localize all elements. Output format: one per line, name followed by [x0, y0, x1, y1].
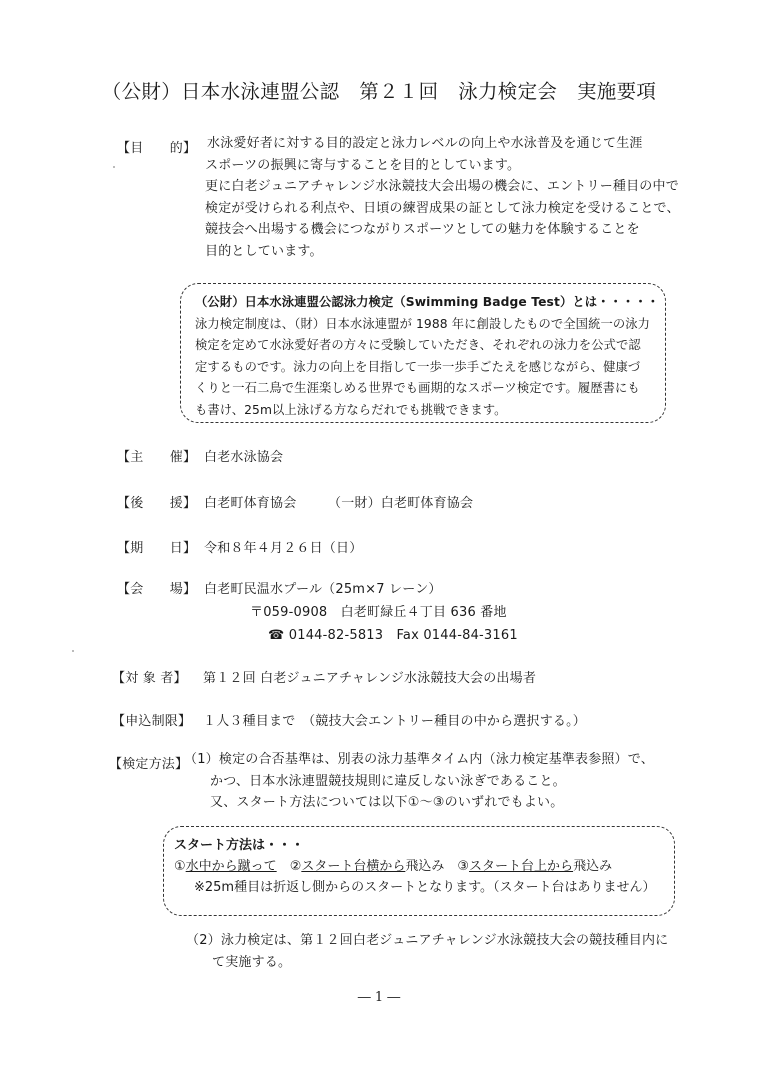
option-text: 水中から蹴って — [186, 859, 277, 874]
info-box-line: 定するものです。泳力の向上を目指して一歩一歩手ごたえを感じながら、健康づ — [195, 357, 659, 379]
purpose-line: 競技会へ出場する機会につながりスポーツとしての魅力を体験することを — [205, 219, 680, 241]
target-label: 【対 象 者】 — [112, 667, 187, 686]
purpose-text: 水泳愛好者に対する目的設定と泳力レベルの向上や水泳普及を通じて生涯 スポーツの振… — [205, 133, 680, 262]
venue-name: 白老町民温水プール（25m×7 レーン） — [204, 578, 442, 597]
support-value-2: （一財）白老町体育協会 — [328, 492, 473, 511]
purpose-line: 検定が受けられる利点や、日頃の練習成果の証として泳力検定を受けることで、 — [205, 198, 680, 220]
start-option-1: ①水中から蹴って — [174, 859, 277, 874]
phone-icon: ☎ — [268, 628, 284, 643]
purpose-line: スポーツの振興に寄与することを目的としています。 — [205, 155, 680, 177]
option-number: ② — [290, 859, 302, 874]
start-method-box: スタート方法は・・・ ①水中から蹴って ②スタート台横から飛込み ③スタート台上… — [163, 826, 675, 916]
date-label: 【期 日】 — [117, 537, 196, 556]
document-page: （公財）日本水泳連盟公認 第２１回 泳力検定会 実施要項 【目 的】 水泳愛好者… — [0, 0, 758, 1074]
method-line: （2）泳力検定は、第１２回白老ジュニアチャレンジ水泳競技大会の競技種目内に — [186, 930, 668, 952]
info-box-line: も書け、25m以上泳げる方ならだれでも挑戦できます。 — [195, 400, 659, 422]
limit-value: １人３種目まで （競技大会エントリー種目の中から選択する。） — [203, 710, 586, 729]
method-line: （1）検定の合否基準は、別表の泳力基準タイム内（泳力検定基準表参照）で、 — [184, 749, 654, 771]
target-value: 第１２回 白老ジュニアチャレンジ水泳競技大会の出場者 — [203, 667, 536, 686]
method-item-1: （1）検定の合否基準は、別表の泳力基準タイム内（泳力検定基準表参照）で、 かつ、… — [184, 749, 654, 814]
start-method-note: ※25m種目は折返し側からのスタートとなります。（スタート台はありません） — [174, 877, 656, 898]
option-number: ③ — [457, 859, 469, 874]
start-method-heading: スタート方法は・・・ — [174, 835, 656, 856]
venue-contact: ☎ 0144-82-5813 Fax 0144-84-3161 — [268, 624, 518, 643]
swimming-badge-info-box: （公財）日本水泳連盟公認泳力検定（Swimming Badge Test）とは・… — [180, 283, 666, 423]
option-text: スタート台横から — [301, 859, 405, 874]
date-value: 令和８年４月２６日（日） — [204, 537, 362, 556]
support-label: 【後 援】 — [117, 492, 196, 511]
option-rest: 飛込み — [405, 859, 444, 874]
option-rest: 飛込み — [573, 859, 612, 874]
venue-phone-fax: 0144-82-5813 Fax 0144-84-3161 — [289, 628, 518, 643]
document-title: （公財）日本水泳連盟公認 第２１回 泳力検定会 実施要項 — [0, 76, 758, 104]
scan-speck — [113, 166, 115, 168]
method-item-2: （2）泳力検定は、第１２回白老ジュニアチャレンジ水泳競技大会の競技種目内に て実… — [186, 930, 668, 973]
organizer-value: 白老水泳協会 — [204, 446, 283, 465]
info-box-line: 検定を定めて水泳愛好者の方々に受験していただき、それぞれの泳力を公式で認 — [195, 335, 659, 357]
page-number: ― 1 ― — [0, 990, 758, 1005]
option-text: スタート台上から — [469, 859, 573, 874]
info-box-line: くりと一石二鳥で生涯楽しめる世界でも画期的なスポーツ検定です。履歴書にも — [195, 378, 659, 400]
method-line: 又、スタート方法については以下①～③のいずれでもよい。 — [184, 792, 654, 814]
venue-label: 【会 場】 — [117, 578, 196, 597]
start-option-3: ③スタート台上から飛込み — [457, 859, 612, 874]
purpose-line: 目的としています。 — [205, 241, 680, 263]
info-box-heading: （公財）日本水泳連盟公認泳力検定（Swimming Badge Test）とは・… — [195, 292, 659, 314]
start-method-options: ①水中から蹴って ②スタート台横から飛込み ③スタート台上から飛込み — [174, 856, 656, 877]
purpose-line: 更に白老ジュニアチャレンジ水泳競技大会出場の機会に、エントリー種目の中で — [205, 176, 680, 198]
method-label: 【検定方法】 — [109, 753, 188, 772]
support-value-1: 白老町体育協会 — [204, 492, 296, 511]
method-line: かつ、日本水泳連盟競技規則に違反しない泳ぎであること。 — [184, 771, 654, 793]
venue-address: 〒059-0908 白老町緑丘４丁目 636 番地 — [250, 601, 507, 620]
info-box-line: 泳力検定制度は、（財）日本水泳連盟が 1988 年に創設したもので全国統一の泳力 — [195, 314, 659, 336]
limit-label: 【申込制限】 — [112, 710, 191, 729]
purpose-line: 水泳愛好者に対する目的設定と泳力レベルの向上や水泳普及を通じて生涯 — [205, 133, 680, 155]
option-number: ① — [174, 859, 186, 874]
organizer-label: 【主 催】 — [117, 446, 196, 465]
start-option-2: ②スタート台横から飛込み — [290, 859, 445, 874]
scan-speck — [72, 650, 74, 652]
purpose-label: 【目 的】 — [117, 137, 196, 156]
method-line: て実施する。 — [186, 952, 668, 974]
